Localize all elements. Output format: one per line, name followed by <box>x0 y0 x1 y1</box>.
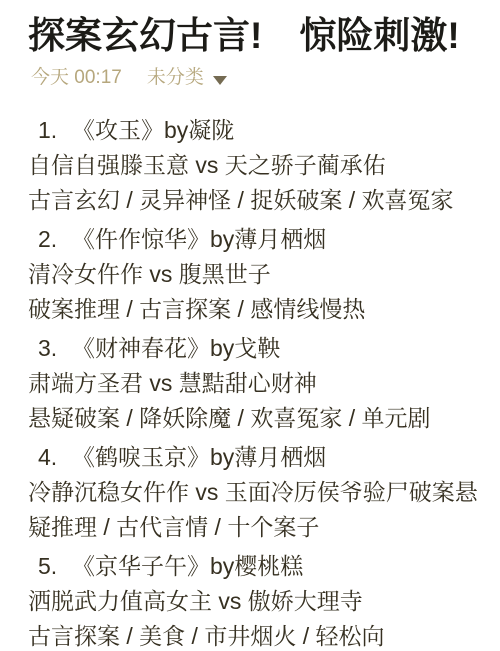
item-header: 2. 《仵作惊华》by薄月栖烟 <box>28 222 483 257</box>
category-label: 未分类 <box>147 66 204 90</box>
item-tags-line: 古言探案 / 美食 / 市井烟火 / 轻松向 <box>28 619 483 651</box>
item-tags-line: 悬疑破案 / 降妖除魔 / 欢喜冤家 / 单元剧 <box>28 401 483 436</box>
item-number: 5. <box>38 549 72 584</box>
item-number: 4. <box>38 440 72 475</box>
page-title: 探案玄幻古言! 惊险刺激! <box>28 14 483 58</box>
item-pairing-line: 洒脱武力值高女主 vs 傲娇大理寺 <box>28 584 483 619</box>
list-item: 1. 《攻玉》by凝陇 自信自强滕玉意 vs 天之骄子蔺承佑 古言玄幻 / 灵异… <box>28 113 483 218</box>
category-dropdown[interactable]: 未分类 <box>147 66 227 90</box>
list-item: 5. 《京华子午》by樱桃糕 洒脱武力值高女主 vs 傲娇大理寺 古言探案 / … <box>28 549 483 651</box>
list-item: 4. 《鹤唳玉京》by薄月栖烟 冷静沉稳女仵作 vs 玉面冷厉侯爷验尸破案悬 疑… <box>28 440 483 545</box>
item-header: 4. 《鹤唳玉京》by薄月栖烟 <box>28 440 483 475</box>
item-tags-line: 破案推理 / 古言探案 / 感情线慢热 <box>28 292 483 327</box>
item-title: 《京华子午》by樱桃糕 <box>72 549 303 584</box>
item-header: 1. 《攻玉》by凝陇 <box>28 113 483 148</box>
item-title: 《攻玉》by凝陇 <box>72 113 234 148</box>
item-title: 《财神春花》by戈鞅 <box>72 331 280 366</box>
book-list: 1. 《攻玉》by凝陇 自信自强滕玉意 vs 天之骄子蔺承佑 古言玄幻 / 灵异… <box>28 113 483 651</box>
item-pairing-line: 肃端方圣君 vs 慧黠甜心财神 <box>28 366 483 401</box>
chevron-down-icon <box>213 76 227 85</box>
list-item: 3. 《财神春花》by戈鞅 肃端方圣君 vs 慧黠甜心财神 悬疑破案 / 降妖除… <box>28 331 483 436</box>
item-header: 5. 《京华子午》by樱桃糕 <box>28 549 483 584</box>
item-pairing-line: 冷静沉稳女仵作 vs 玉面冷厉侯爷验尸破案悬 <box>28 475 483 510</box>
post-timestamp: 今天 00:17 <box>31 66 122 90</box>
item-pairing-line: 清冷女仵作 vs 腹黑世子 <box>28 257 483 292</box>
list-item: 2. 《仵作惊华》by薄月栖烟 清冷女仵作 vs 腹黑世子 破案推理 / 古言探… <box>28 222 483 327</box>
item-tags-line: 古言玄幻 / 灵异神怪 / 捉妖破案 / 欢喜冤家 <box>28 183 483 218</box>
item-number: 1. <box>38 113 72 148</box>
item-title: 《仵作惊华》by薄月栖烟 <box>72 222 326 257</box>
item-title: 《鹤唳玉京》by薄月栖烟 <box>72 440 326 475</box>
item-number: 2. <box>38 222 72 257</box>
post-meta: 今天 00:17 未分类 <box>31 66 483 90</box>
item-pairing-line: 自信自强滕玉意 vs 天之骄子蔺承佑 <box>28 148 483 183</box>
item-tags-line: 疑推理 / 古代言情 / 十个案子 <box>28 510 483 545</box>
post-page: 探案玄幻古言! 惊险刺激! 今天 00:17 未分类 1. 《攻玉》by凝陇 自… <box>0 0 500 651</box>
item-header: 3. 《财神春花》by戈鞅 <box>28 331 483 366</box>
item-number: 3. <box>38 331 72 366</box>
